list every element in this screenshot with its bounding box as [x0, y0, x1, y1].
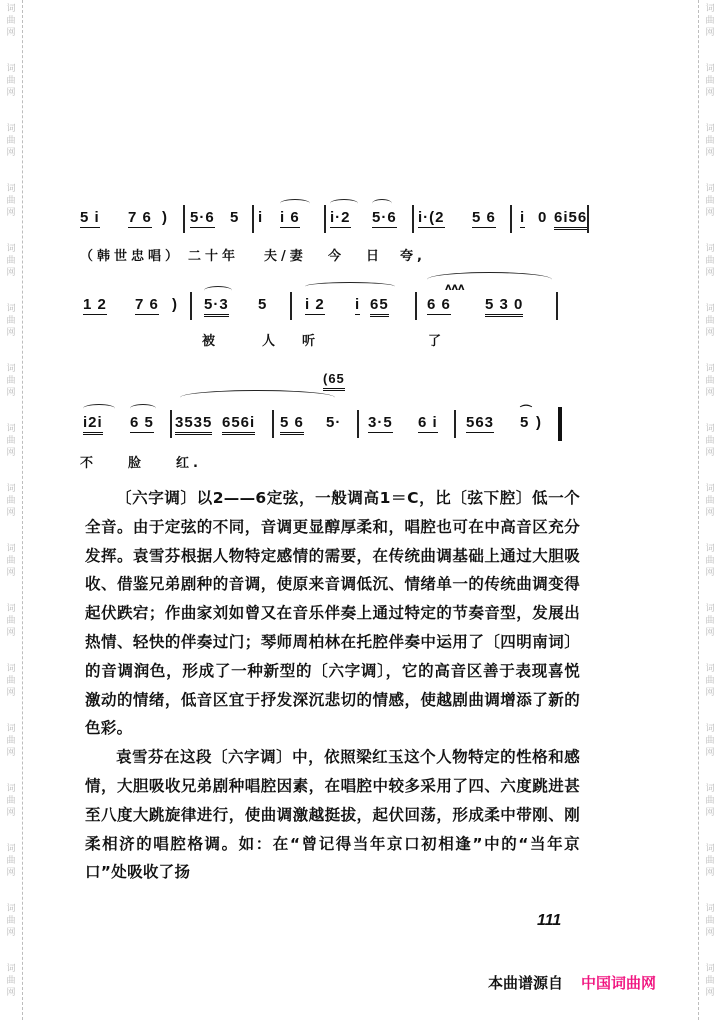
watermark-char: 网	[705, 747, 714, 759]
watermark-char: 网	[6, 447, 15, 459]
note-group: 6 i	[418, 414, 438, 433]
watermark-char: 网	[6, 927, 15, 939]
watermark-char: 曲	[705, 135, 714, 147]
watermark-char: 词	[705, 363, 714, 375]
watermark-block: 词曲网	[699, 960, 720, 1020]
watermark-char: 曲	[705, 555, 714, 567]
watermark-char: 曲	[6, 15, 15, 27]
note-group: 5	[230, 209, 239, 227]
watermark-char: 词	[705, 843, 714, 855]
slur	[372, 199, 392, 208]
watermark-char: 网	[6, 987, 15, 999]
barline	[412, 205, 414, 233]
watermark-char: 网	[6, 267, 15, 279]
watermark-char: 词	[6, 423, 15, 435]
note-group: 5 6	[472, 209, 496, 228]
note-group: i·(2	[418, 209, 445, 228]
watermark-block: 词曲网	[0, 180, 22, 240]
note-group: 0	[538, 209, 547, 227]
watermark-char: 网	[6, 567, 15, 579]
watermark-char: 曲	[6, 255, 15, 267]
trill-ornament-icon: ʌʌʌ	[445, 282, 465, 293]
note-group: 5·6	[372, 209, 397, 228]
watermark-char: 网	[705, 387, 714, 399]
watermark-char: 曲	[705, 975, 714, 987]
fermata-icon: ⌒	[520, 402, 532, 419]
barline	[454, 410, 456, 438]
watermark-block: 词曲网	[0, 900, 22, 960]
watermark-char: 词	[6, 663, 15, 675]
note-group: 5 6	[280, 414, 304, 435]
note-group: i	[355, 296, 360, 315]
barline	[510, 205, 512, 233]
barline	[170, 410, 172, 438]
watermark-char: 词	[6, 723, 15, 735]
watermark-block: 词曲网	[699, 780, 720, 840]
watermark-char: 词	[705, 663, 714, 675]
note-group: 65	[370, 296, 389, 317]
watermark-char: 词	[6, 3, 15, 15]
lyric: 人	[262, 330, 279, 349]
watermark-char: 曲	[6, 915, 15, 927]
watermark-block: 词曲网	[699, 660, 720, 720]
barline	[415, 292, 417, 320]
score-line-2: 1 27 6)5·35i 2i656 65 3 0ʌʌʌ	[80, 292, 585, 332]
note-group: 6i56	[554, 209, 587, 230]
watermark-char: 词	[6, 363, 15, 375]
watermark-char: 词	[6, 603, 15, 615]
watermark-block: 词曲网	[699, 540, 720, 600]
watermark-block: 词曲网	[0, 0, 22, 60]
watermark-char: 网	[705, 867, 714, 879]
watermark-char: 曲	[6, 675, 15, 687]
watermark-char: 词	[6, 903, 15, 915]
watermark-block: 词曲网	[699, 720, 720, 780]
watermark-block: 词曲网	[0, 300, 22, 360]
final-barline	[558, 407, 562, 441]
watermark-char: 网	[705, 207, 714, 219]
watermark-char: 网	[705, 27, 714, 39]
slur	[280, 199, 310, 208]
watermark-char: 网	[6, 807, 15, 819]
watermark-block: 词曲网	[0, 840, 22, 900]
lyric: 了	[428, 330, 445, 349]
lyric: 夫/妻	[264, 245, 307, 264]
watermark-char: 词	[705, 63, 714, 75]
slur	[330, 199, 358, 208]
note-group: 563	[466, 414, 494, 433]
note-group: i·2	[330, 209, 351, 228]
watermark-char: 词	[6, 843, 15, 855]
watermark-block: 词曲网	[699, 120, 720, 180]
watermark-char: 曲	[705, 255, 714, 267]
note-group: 3535	[175, 414, 212, 435]
watermark-char: 词	[705, 783, 714, 795]
watermark-char: 网	[6, 147, 15, 159]
note-group: i	[520, 209, 525, 228]
watermark-char: 曲	[6, 75, 15, 87]
watermark-block: 词曲网	[0, 480, 22, 540]
lyrics-line-2: 被人听了	[80, 330, 585, 370]
note-group: i 6	[280, 209, 300, 228]
watermark-char: 网	[6, 747, 15, 759]
score-line-3: i2i6 53535656i5 65·3·56 i5635)(65⌒	[80, 410, 585, 450]
note-group: i2i	[83, 414, 103, 435]
watermark-char: 词	[705, 183, 714, 195]
watermark-char: 网	[705, 627, 714, 639]
watermark-char: 曲	[705, 315, 714, 327]
barline	[252, 205, 254, 233]
watermark-char: 网	[705, 927, 714, 939]
watermark-char: 网	[705, 687, 714, 699]
watermark-char: 词	[705, 603, 714, 615]
watermark-block: 词曲网	[0, 660, 22, 720]
watermark-char: 网	[6, 507, 15, 519]
watermark-char: 曲	[705, 675, 714, 687]
lyric: 脸	[128, 452, 145, 471]
watermark-char: 网	[705, 267, 714, 279]
watermark-char: 曲	[705, 15, 714, 27]
watermark-char: 词	[705, 963, 714, 975]
watermark-char: 网	[6, 87, 15, 99]
watermark-char: 网	[6, 687, 15, 699]
watermark-char: 曲	[6, 135, 15, 147]
lyric: 今	[328, 245, 345, 264]
watermark-char: 曲	[6, 795, 15, 807]
page-number: 111	[537, 912, 561, 930]
watermark-char: 曲	[6, 555, 15, 567]
watermark-block: 词曲网	[699, 900, 720, 960]
watermark-char: 网	[6, 867, 15, 879]
watermark-block: 词曲网	[699, 420, 720, 480]
lyric: （韩世忠唱）	[80, 245, 182, 264]
slur	[130, 404, 156, 413]
watermark-block: 词曲网	[0, 420, 22, 480]
barline	[357, 410, 359, 438]
watermark-char: 曲	[705, 855, 714, 867]
watermark-char: 词	[6, 123, 15, 135]
watermark-char: 网	[705, 567, 714, 579]
watermark-char: 曲	[705, 495, 714, 507]
watermark-char: 词	[705, 243, 714, 255]
watermark-char: 曲	[6, 735, 15, 747]
watermark-char: 曲	[705, 195, 714, 207]
lyric: 不	[80, 452, 97, 471]
left-watermark-strip: 词曲网词曲网词曲网词曲网词曲网词曲网词曲网词曲网词曲网词曲网词曲网词曲网词曲网词…	[0, 0, 23, 1020]
lyric: 夸,	[400, 245, 426, 264]
note-group: 5 i	[80, 209, 100, 228]
watermark-char: 词	[705, 543, 714, 555]
watermark-char: 网	[6, 387, 15, 399]
source-label: 本曲谱源自	[488, 974, 563, 992]
lyric: 日	[366, 245, 383, 264]
grace-notes: (65	[323, 370, 345, 391]
watermark-char: 网	[6, 627, 15, 639]
watermark-char: 网	[705, 147, 714, 159]
slur	[204, 286, 232, 295]
watermark-char: 曲	[705, 795, 714, 807]
watermark-char: 词	[6, 243, 15, 255]
lyric: 被	[202, 330, 219, 349]
barline	[272, 410, 274, 438]
paragraph: 袁雪芬在这段〔六字调〕中，依照梁红玉这个人物特定的性格和感情，大胆吸收兄弟剧种唱…	[85, 743, 580, 887]
watermark-char: 词	[6, 963, 15, 975]
slur	[83, 404, 115, 413]
score-line-1: 5 i7 6)5·65ii 6i·25·6i·(25 6i06i56	[80, 205, 585, 245]
note-group: )	[162, 209, 168, 227]
watermark-char: 网	[705, 87, 714, 99]
right-watermark-strip: 词曲网词曲网词曲网词曲网词曲网词曲网词曲网词曲网词曲网词曲网词曲网词曲网词曲网词…	[698, 0, 720, 1020]
watermark-char: 网	[705, 987, 714, 999]
note-group: 5	[258, 296, 267, 314]
watermark-char: 曲	[6, 975, 15, 987]
watermark-char: 曲	[6, 315, 15, 327]
note-group: 5 3 0	[485, 296, 523, 317]
watermark-block: 词曲网	[699, 300, 720, 360]
watermark-block: 词曲网	[0, 720, 22, 780]
watermark-char: 词	[705, 423, 714, 435]
watermark-char: 曲	[705, 375, 714, 387]
slur	[305, 282, 395, 291]
brand-link[interactable]: 中国词曲网	[581, 974, 656, 992]
watermark-char: 网	[705, 327, 714, 339]
watermark-char: 词	[705, 483, 714, 495]
note-group: 7 6	[135, 296, 159, 315]
watermark-block: 词曲网	[0, 780, 22, 840]
note-group: i 2	[305, 296, 325, 315]
watermark-char: 曲	[705, 615, 714, 627]
watermark-block: 词曲网	[0, 540, 22, 600]
watermark-block: 词曲网	[0, 120, 22, 180]
slur	[180, 390, 335, 405]
watermark-block: 词曲网	[0, 600, 22, 660]
note-group: 5·3	[204, 296, 229, 317]
watermark-char: 词	[705, 303, 714, 315]
note-group: )	[172, 296, 178, 314]
watermark-char: 词	[6, 303, 15, 315]
watermark-block: 词曲网	[0, 360, 22, 420]
watermark-block: 词曲网	[699, 60, 720, 120]
note-group: 5·6	[190, 209, 215, 228]
watermark-char: 曲	[6, 375, 15, 387]
watermark-char: 网	[705, 507, 714, 519]
note-group: )	[536, 414, 542, 432]
watermark-char: 网	[705, 807, 714, 819]
watermark-char: 曲	[705, 75, 714, 87]
watermark-char: 词	[6, 543, 15, 555]
watermark-block: 词曲网	[0, 60, 22, 120]
barline	[587, 205, 589, 233]
barline	[183, 205, 185, 233]
paragraph: 〔六字调〕以2——6定弦，一般调高1＝C，比〔弦下腔〕低一个全音。由于定弦的不同…	[85, 484, 580, 743]
watermark-char: 词	[705, 903, 714, 915]
note-group: 3·5	[368, 414, 393, 433]
watermark-block: 词曲网	[699, 480, 720, 540]
note-group: i	[258, 209, 263, 227]
watermark-char: 词	[705, 3, 714, 15]
watermark-block: 词曲网	[699, 600, 720, 660]
footer-credit: 本曲谱源自中国词曲网	[488, 972, 656, 993]
watermark-char: 网	[6, 27, 15, 39]
note-group: 7 6	[128, 209, 152, 228]
watermark-char: 曲	[6, 855, 15, 867]
watermark-char: 网	[6, 327, 15, 339]
note-group: 6 6	[427, 296, 451, 315]
watermark-char: 曲	[705, 915, 714, 927]
watermark-char: 曲	[705, 735, 714, 747]
barline	[324, 205, 326, 233]
watermark-char: 曲	[6, 195, 15, 207]
watermark-char: 网	[6, 207, 15, 219]
watermark-char: 词	[6, 783, 15, 795]
watermark-block: 词曲网	[699, 240, 720, 300]
watermark-block: 词曲网	[0, 240, 22, 300]
watermark-char: 曲	[6, 495, 15, 507]
note-group: 656i	[222, 414, 255, 435]
lyric: 二十年	[188, 245, 239, 264]
watermark-block: 词曲网	[699, 180, 720, 240]
watermark-char: 曲	[6, 435, 15, 447]
lyric: 红.	[176, 452, 202, 471]
watermark-block: 词曲网	[699, 0, 720, 60]
note-group: 6 5	[130, 414, 154, 433]
watermark-char: 网	[705, 447, 714, 459]
note-group: 5·	[326, 414, 341, 432]
watermark-char: 词	[6, 483, 15, 495]
watermark-block: 词曲网	[0, 960, 22, 1020]
watermark-char: 词	[6, 183, 15, 195]
watermark-block: 词曲网	[699, 840, 720, 900]
watermark-char: 曲	[6, 615, 15, 627]
body-text: 〔六字调〕以2——6定弦，一般调高1＝C，比〔弦下腔〕低一个全音。由于定弦的不同…	[85, 484, 580, 887]
barline	[190, 292, 192, 320]
lyric: 听	[302, 330, 319, 349]
watermark-char: 词	[6, 63, 15, 75]
watermark-char: 词	[705, 723, 714, 735]
barline	[556, 292, 558, 320]
watermark-block: 词曲网	[699, 360, 720, 420]
watermark-char: 词	[705, 123, 714, 135]
watermark-char: 曲	[705, 435, 714, 447]
barline	[290, 292, 292, 320]
note-group: 1 2	[83, 296, 107, 315]
